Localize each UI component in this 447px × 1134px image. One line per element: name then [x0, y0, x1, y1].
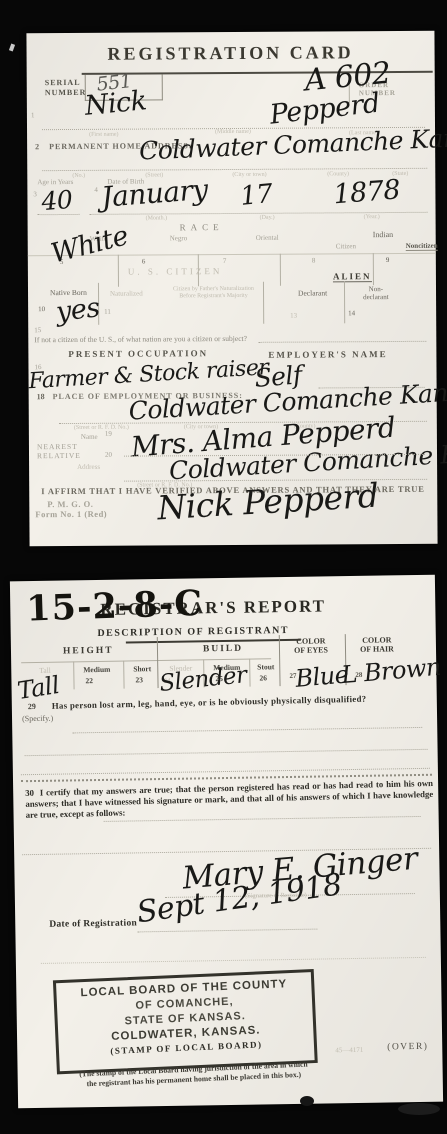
- line15-text: If not a citizen of the U. S., of what n…: [34, 334, 247, 344]
- addr-sub-city: (City or town): [232, 172, 266, 178]
- dob-sub-day: (Day.): [260, 215, 275, 221]
- n10: 10: [38, 305, 45, 313]
- race-n6: 6: [142, 258, 146, 266]
- nearest-relative-line1: NEAREST: [37, 442, 81, 451]
- serial-label-line1: SERIAL: [45, 78, 87, 88]
- hair-heading-line2: OF HAIR: [353, 644, 401, 654]
- dob-year-value: 1878: [332, 174, 401, 210]
- print-code: 45—4171: [335, 1046, 363, 1054]
- employer-heading: EMPLOYER'S NAME: [268, 349, 387, 360]
- occupation-value: Farmer & Stock raiser: [28, 355, 269, 394]
- scan-smudge-1: [398, 1103, 440, 1115]
- short-label: Short: [133, 664, 151, 673]
- stout-label: Stout: [257, 662, 274, 671]
- line1-number: 1: [31, 111, 35, 119]
- occupation-heading: PRESENT OCCUPATION: [68, 348, 208, 359]
- form-id-line2: Form No. 1 (Red): [35, 509, 107, 519]
- address-baseline: [42, 168, 427, 171]
- local-board-stamp-box: LOCAL BOARD OF THE COUNTY OF COMANCHE, S…: [53, 969, 318, 1074]
- date-baseline: [137, 929, 317, 933]
- date-of-registration-label: Date of Registration: [49, 918, 137, 929]
- line2-number: 2: [35, 142, 39, 151]
- line4-number: 4: [94, 186, 98, 194]
- line29-text: Has person lost arm, leg, hand, eye, or …: [52, 694, 367, 711]
- race-oriental-label: Oriental: [256, 234, 279, 242]
- addr-sub-no: (No.): [72, 173, 85, 179]
- last-name-value: Pepperd: [268, 88, 381, 131]
- cit-div-2: [263, 282, 264, 324]
- tbl-div-2: [123, 661, 124, 689]
- emp-sub-street: (Street or R. F. D. No.): [74, 425, 129, 431]
- line3-number: 3: [33, 190, 37, 198]
- line15-baseline: [258, 341, 426, 343]
- tbl-div-6: [279, 635, 281, 686]
- registrars-report-card: REGISTRAR'S REPORT 15-2-8-C DESCRIPTION …: [10, 575, 443, 1109]
- line30-block: 30 I certify that my answers are true; t…: [25, 778, 434, 821]
- father-label-line2: Before Registrant's Majority: [173, 293, 254, 300]
- description-rule: [126, 639, 301, 644]
- line30-text: I certify that my answers are true; that…: [25, 778, 433, 820]
- eyes-heading: COLOR OF EYES: [287, 636, 335, 655]
- n20: 20: [105, 451, 112, 459]
- n23: 23: [135, 675, 143, 684]
- medium-label: Medium: [83, 665, 110, 674]
- native-born-value: yes: [54, 292, 101, 328]
- race-n9: 9: [386, 256, 390, 264]
- hair-heading: COLOR OF HAIR: [353, 635, 401, 654]
- specify-label: (Specify.): [22, 714, 53, 723]
- line18-number: 18: [37, 392, 45, 401]
- scan-smudge-2: [300, 1096, 314, 1106]
- race-indian-label: Indian: [373, 230, 393, 239]
- alien-heading: ALIEN: [333, 271, 372, 282]
- form-id-line1: P. M. G. O.: [35, 499, 107, 509]
- us-citizen-heading: U. S. CITIZEN: [128, 266, 223, 277]
- pre-stamp-rule: [41, 957, 426, 964]
- non-declarant-label: Non- declarant: [363, 285, 389, 301]
- race-div-3: [280, 254, 281, 286]
- tbl-div-1: [73, 661, 74, 689]
- dob-month-value: January: [100, 173, 209, 214]
- scanned-document-page: REGISTRATION CARD SERIAL NUMBER 551 ORDE…: [0, 0, 447, 1134]
- race-n7: 7: [223, 257, 227, 265]
- relative-address-label: Address: [77, 463, 100, 471]
- line15-number: 15: [34, 326, 41, 334]
- scan-speck-1: [9, 44, 15, 52]
- nearest-relative-label: NEAREST RELATIVE: [37, 442, 81, 460]
- n19: 19: [105, 430, 112, 438]
- age-value: 40: [40, 185, 73, 216]
- race-noncitizen-label: Noncitizen: [406, 242, 438, 251]
- hair-value: L Brown: [340, 653, 442, 689]
- race-div-4: [373, 253, 374, 285]
- first-name-value: Nick: [83, 85, 147, 122]
- n26: 26: [259, 673, 267, 682]
- declarant-label: Declarant: [298, 288, 327, 297]
- line29-number: 29: [28, 702, 36, 711]
- q29-line-2: [25, 749, 428, 756]
- dob-day-value: 17: [239, 179, 274, 212]
- relative-name-label: Name: [81, 433, 98, 441]
- q29-line-1: [72, 727, 422, 733]
- division-stamp-code: 15-2-8-C: [26, 583, 204, 630]
- height-heading: HEIGHT: [63, 646, 114, 657]
- race-div-1: [118, 255, 119, 287]
- n14: 14: [348, 309, 355, 317]
- non-declarant-line2: declarant: [363, 293, 389, 301]
- eyes-heading-line2: OF EYES: [287, 645, 335, 655]
- serial-number-label: SERIAL NUMBER: [45, 78, 87, 98]
- first-name-sub: (First name): [89, 132, 119, 138]
- father-naturalization-label: Citizen by Father's Naturalization Befor…: [173, 286, 254, 300]
- race-citizen-label: Citizen: [336, 242, 356, 250]
- age-baseline: [38, 214, 80, 215]
- serial-label-line2: NUMBER: [45, 88, 87, 98]
- dob-sub-year: (Year.): [364, 214, 380, 220]
- dob-sub-month: (Month.): [146, 215, 168, 221]
- cit-div-3: [344, 281, 345, 323]
- naturalized-label: Naturalized: [110, 290, 143, 298]
- addr-sub-county: (County): [327, 171, 349, 177]
- n13: 13: [290, 312, 297, 320]
- n11: 11: [104, 308, 111, 316]
- form-id: P. M. G. O. Form No. 1 (Red): [35, 499, 107, 519]
- race-n8: 8: [312, 256, 316, 264]
- build-heading: BUILD: [203, 644, 243, 655]
- registration-card: REGISTRATION CARD SERIAL NUMBER 551 ORDE…: [26, 31, 437, 546]
- non-declarant-line1: Non-: [363, 285, 389, 293]
- race-negro-label: Negro: [170, 234, 188, 242]
- tbl-div-5: [249, 659, 250, 687]
- n22: 22: [85, 676, 93, 685]
- over-label: (OVER): [387, 1042, 428, 1053]
- nearest-relative-line2: RELATIVE: [37, 451, 81, 460]
- line30-number: 30: [25, 788, 34, 798]
